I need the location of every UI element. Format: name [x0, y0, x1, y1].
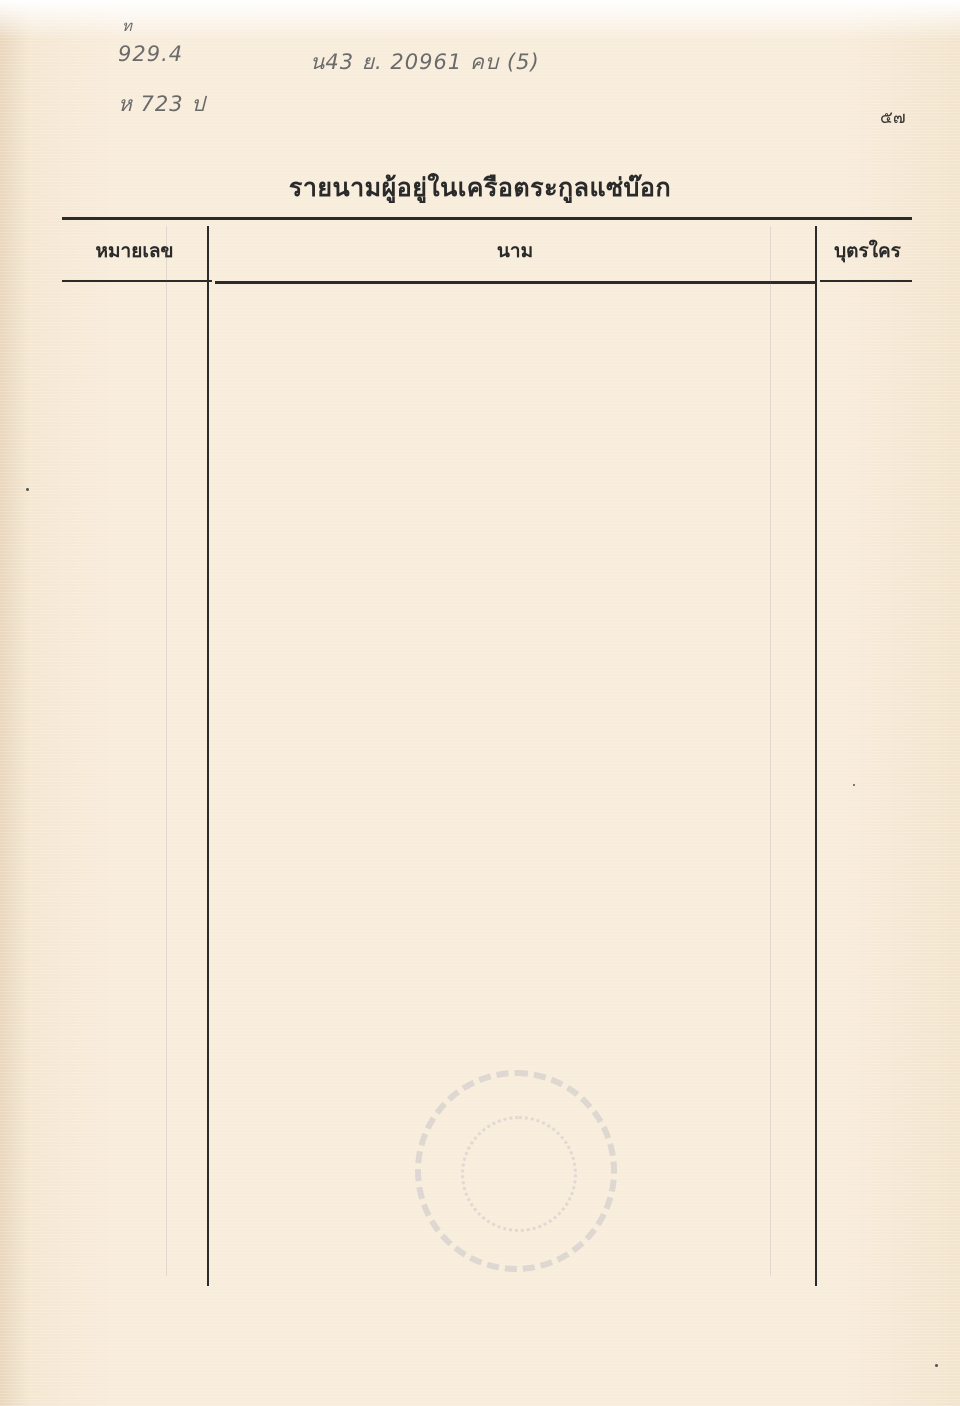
page-title: รายนามผู้อยู่ในเครือตระกูลแซ่บ๊อก	[0, 168, 960, 208]
column-divider-1	[207, 226, 209, 1286]
pencil-accession-note: น43 ย. 20961 คบ (5)	[310, 46, 540, 79]
column-divider-2	[815, 226, 817, 1286]
paper-speck	[26, 488, 29, 491]
column-header-name: นาม	[215, 236, 815, 266]
header-rule-right	[820, 280, 912, 282]
column-header-child-of: บุตรใคร	[820, 236, 915, 266]
paper-speck	[853, 784, 855, 786]
stamp-emblem-icon	[461, 1116, 577, 1232]
header-rule-middle	[215, 281, 815, 284]
scan-top-fade	[0, 0, 960, 40]
pencil-cutter-number: ห 723 ป	[118, 88, 206, 121]
column-header-number: หมายเลข	[62, 236, 207, 266]
faded-library-stamp-icon	[415, 1070, 617, 1272]
page-number: ๕๗	[880, 104, 906, 131]
pencil-class-prefix: ท	[122, 14, 133, 38]
table-top-rule	[62, 217, 912, 220]
show-through-line	[770, 226, 771, 1276]
header-rule-left	[62, 280, 212, 282]
pencil-class-number: 929.4	[118, 42, 183, 66]
show-through-line	[166, 226, 167, 1276]
paper-speck	[935, 1364, 938, 1367]
